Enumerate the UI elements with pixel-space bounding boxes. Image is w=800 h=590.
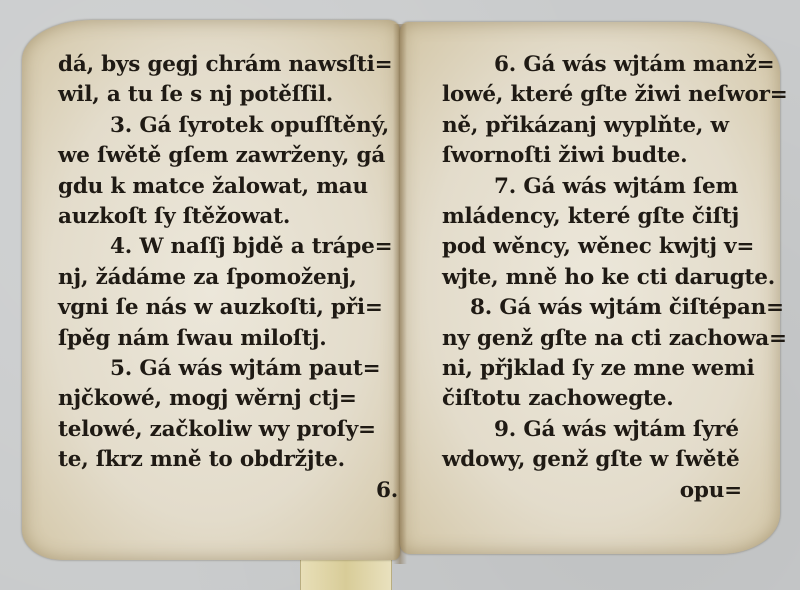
verse-start-7: 7. Gá wás wjtám ſem: [442, 172, 778, 202]
text-line: mládency, které gſte čiſtj: [442, 202, 778, 232]
catchword: opu=: [442, 476, 778, 506]
text-line: vgni ſe nás w auzkoſti, při=: [58, 293, 398, 323]
text-line: dá, bys gegj chrám nawsſti=: [58, 50, 398, 80]
text-line: pod wěncy, wěnec kwjtj v=: [442, 232, 778, 262]
text-line: gdu k matce žalowat, mau: [58, 172, 398, 202]
text-line: auzkoſt ſy ſtěžowat.: [58, 202, 398, 232]
verse-start-9: 9. Gá wás wjtám ſyré: [442, 415, 778, 445]
text-line: ny genž gſte na cti zachowa=: [442, 324, 778, 354]
text-line: ſpěg nám ſwau miloſtj.: [58, 324, 398, 354]
text-line: čiſtotu zachowegte.: [442, 384, 778, 414]
left-page-text: dá, bys gegj chrám nawsſti= wil, a tu ſe…: [58, 50, 398, 506]
verse-start-3: 3. Gá ſyrotek opuſſtěný,: [58, 111, 398, 141]
text-line: njčkowé, mogj wěrnj ctj=: [58, 384, 398, 414]
verse-start-8: 8. Gá wás wjtám čiſtépan=: [442, 293, 778, 323]
text-line: wjte, mně ho ke cti darugte.: [442, 263, 778, 293]
text-line: te, ſkrz mně to obdržjte.: [58, 445, 398, 475]
text-line: nj, žádáme za ſpomoženj,: [58, 263, 398, 293]
text-line: telowé, začkoliw wy proſy=: [58, 415, 398, 445]
text-line: we ſwětě gſem zawrženy, gá: [58, 141, 398, 171]
verse-start-6: 6. Gá wás wjtám manž=: [442, 50, 778, 80]
verse-start-4: 4. W naſſj bjdě a trápe=: [58, 232, 398, 262]
text-line: lowé, které gſte žiwi neſwor=: [442, 80, 778, 110]
text-line: ni, přjklad ſy ze mne wemi: [442, 354, 778, 384]
text-line: wdowy, genž gſte w ſwětě: [442, 445, 778, 475]
catchword: 6.: [58, 476, 398, 506]
verse-start-5: 5. Gá wás wjtám paut=: [58, 354, 398, 384]
right-page-text: 6. Gá wás wjtám manž= lowé, které gſte ž…: [442, 50, 778, 506]
text-line: ně, přikázanj wyplňte, w: [442, 111, 778, 141]
text-line: ſwornoſti žiwi budte.: [442, 141, 778, 171]
text-line: wil, a tu ſe s nj potěſſil.: [58, 80, 398, 110]
